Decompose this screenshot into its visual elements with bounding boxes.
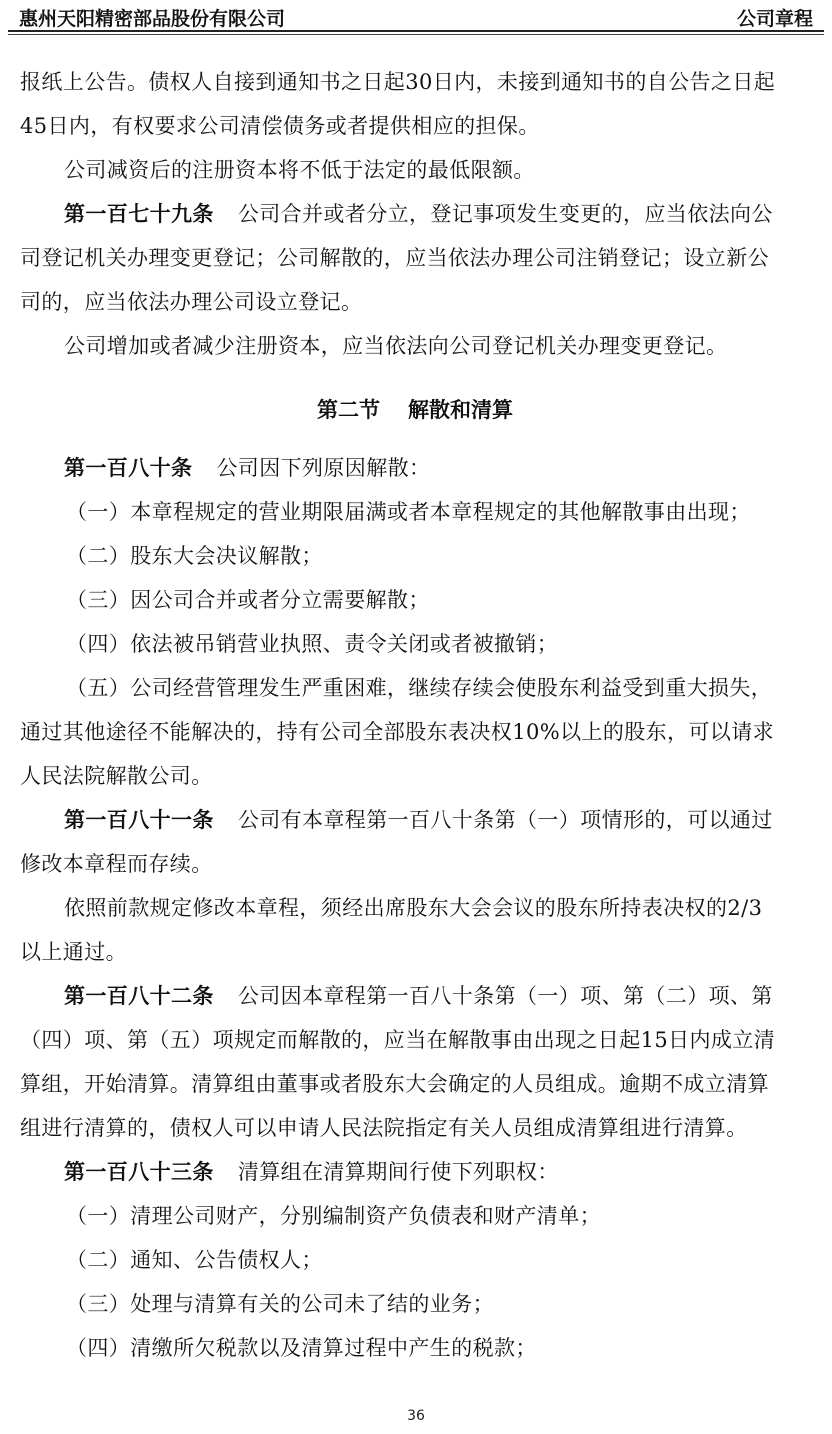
paragraph-line: 修改本章程而存续。	[20, 850, 213, 878]
list-item: （三）因公司合并或者分立需要解散；	[66, 586, 430, 614]
list-item: （五）公司经营管理发生严重困难，继续存续会使股东利益受到重大损失，	[66, 674, 772, 702]
article-182-line: 第一百八十二条公司因本章程第一百八十条第（一）项、第（二）项、第	[64, 982, 773, 1010]
paragraph-line: 人民法院解散公司。	[20, 762, 213, 790]
paragraph-line: 司登记机关办理变更登记；公司解散的，应当依法办理公司注销登记；设立新公	[20, 244, 769, 272]
article-text: 公司因本章程第一百八十条第（一）项、第（二）项、第	[238, 984, 773, 1008]
list-item: （三）处理与清算有关的公司未了结的业务；	[66, 1290, 494, 1318]
article-text: 公司有本章程第一百八十条第（一）项情形的，可以通过	[238, 808, 773, 832]
list-item: （四）清缴所欠税款以及清算过程中产生的税款；	[66, 1334, 537, 1362]
header-rule-thin	[8, 34, 824, 35]
article-text: 清算组在清算期间行使下列职权：	[238, 1160, 559, 1184]
article-text: 公司因下列原因解散：	[216, 456, 430, 480]
section-title: 解散和清算	[408, 398, 513, 422]
list-item: （二）股东大会决议解散；	[66, 542, 323, 570]
page-number: 36	[0, 1408, 832, 1424]
paragraph-line: 45日内，有权要求公司清偿债务或者提供相应的担保。	[20, 112, 540, 140]
article-title: 第一百八十条	[64, 456, 192, 480]
paragraph-line: 公司增加或者减少注册资本，应当依法向公司登记机关办理变更登记。	[64, 332, 727, 360]
paragraph-line: 组进行清算的，债权人可以申请人民法院指定有关人员组成清算组进行清算。	[20, 1114, 748, 1142]
article-title: 第一百七十九条	[64, 202, 214, 226]
article-title: 第一百八十一条	[64, 808, 214, 832]
paragraph-line: 依照前款规定修改本章程，须经出席股东大会会议的股东所持表决权的2/3	[64, 894, 762, 922]
page-header: 惠州天阳精密部品股份有限公司 公司章程	[8, 0, 824, 36]
article-181-line: 第一百八十一条公司有本章程第一百八十条第（一）项情形的，可以通过	[64, 806, 773, 834]
list-item: （二）通知、公告债权人；	[66, 1246, 323, 1274]
article-text: 公司合并或者分立，登记事项发生变更的，应当依法向公	[238, 202, 773, 226]
company-name: 惠州天阳精密部品股份有限公司	[19, 4, 285, 31]
section-number: 第二节	[317, 398, 380, 422]
list-item: （一）本章程规定的营业期限届满或者本章程规定的其他解散事由出现；	[66, 498, 751, 526]
paragraph-line: （四）项、第（五）项规定而解散的，应当在解散事由出现之日起15日内成立清	[20, 1026, 775, 1054]
article-179-line: 第一百七十九条公司合并或者分立，登记事项发生变更的，应当依法向公	[64, 200, 773, 228]
paragraph-line: 公司减资后的注册资本将不低于法定的最低限额。	[64, 156, 535, 184]
paragraph-line: 报纸上公告。债权人自接到通知书之日起30日内，未接到通知书的自公告之日起	[20, 68, 775, 96]
paragraph-line: 通过其他途径不能解决的，持有公司全部股东表决权10%以上的股东，可以请求	[20, 718, 774, 746]
paragraph-line: 司的，应当依法办理公司设立登记。	[20, 288, 362, 316]
section-heading: 第二节解散和清算	[20, 394, 810, 424]
paragraph-line: 算组，开始清算。清算组由董事或者股东大会确定的人员组成。逾期不成立清算	[20, 1070, 769, 1098]
paragraph-line: 以上通过。	[20, 938, 127, 966]
list-item: （一）清理公司财产，分别编制资产负债表和财产清单；	[66, 1202, 601, 1230]
article-180-line: 第一百八十条公司因下列原因解散：	[64, 454, 430, 482]
list-item: （四）依法被吊销营业执照、责令关闭或者被撤销；	[66, 630, 558, 658]
article-title: 第一百八十三条	[64, 1160, 214, 1184]
article-title: 第一百八十二条	[64, 984, 214, 1008]
document-title: 公司章程	[737, 4, 813, 31]
article-183-line: 第一百八十三条清算组在清算期间行使下列职权：	[64, 1158, 559, 1186]
header-rule-thick	[8, 30, 824, 32]
